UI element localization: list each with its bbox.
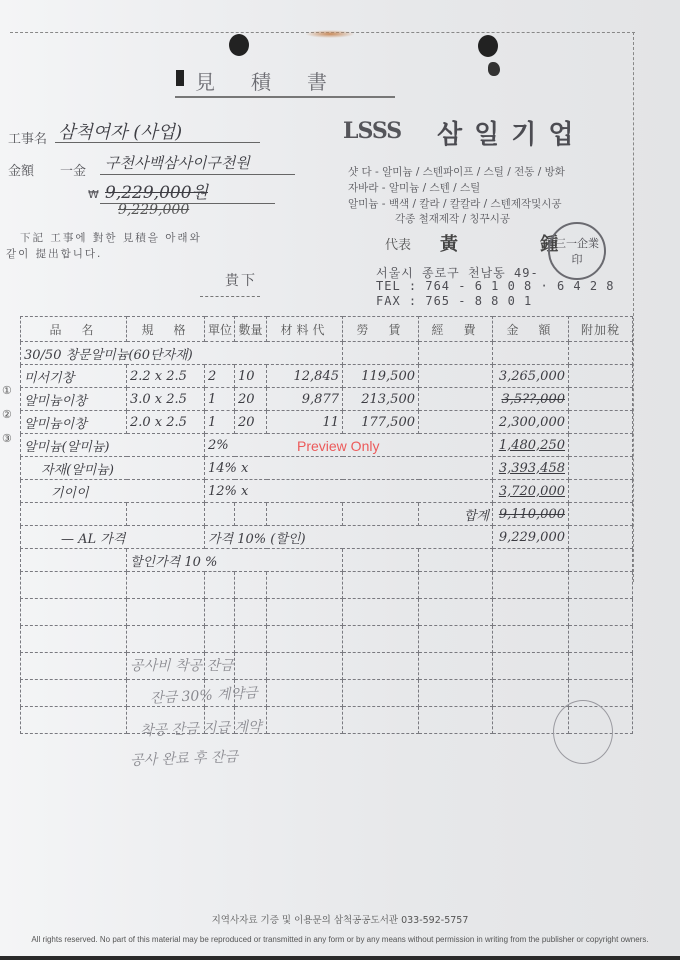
addressee-underline <box>200 296 260 297</box>
header-expenses: 經 費 <box>419 317 493 342</box>
row-3-material: 11 <box>267 411 343 434</box>
bottom-edge-bar <box>0 956 680 960</box>
row-3-amount: 2,300,000 <box>493 411 569 434</box>
discount-note: 할인가격 10 % <box>127 549 343 572</box>
table-row <box>21 680 633 707</box>
row-2-item: 알미늄이창 <box>21 388 127 411</box>
amount-struck: 9,229,000 <box>118 202 189 218</box>
row-2-labor: 213,500 <box>343 388 419 411</box>
row-1-item: 미서기창 <box>21 365 127 388</box>
table-row: 할인가격 10 % <box>21 549 633 572</box>
table-row: 미서기창 2.2 x 2.5 2 10 12,845 119,500 3,265… <box>21 365 633 388</box>
statement-line-1: 下記 工事에 對한 見積을 아래와 <box>20 230 202 245</box>
header-vat: 附加稅 <box>569 317 633 342</box>
row-2-spec: 3.0 x 2.5 <box>127 388 205 411</box>
row-number-3: ③ <box>2 432 12 445</box>
subtotal-amount: 9,110,000 <box>493 503 569 526</box>
row-4-amount: 1,480,250 <box>493 434 569 457</box>
row-1-material: 12,845 <box>267 365 343 388</box>
addressee: 貴下 <box>225 270 257 290</box>
punch-hole-left <box>229 34 249 56</box>
row-3-item: 알미늄이창 <box>21 411 127 434</box>
header-labor: 勞 賃 <box>343 317 419 342</box>
estimate-table: 品 名 規 格 單位 數量 材料代 勞 賃 經 費 金 額 附加稅 30/50 … <box>20 316 633 734</box>
row-number-1: ① <box>2 384 12 397</box>
table-row: 기이이 12% x 3,720,000 <box>21 480 633 503</box>
amount-prefix: 一金 <box>60 160 86 179</box>
amount-in-words: 구천사백삼사이구천원 <box>105 152 250 173</box>
row-1-amount: 3,265,000 <box>493 365 569 388</box>
title-underline <box>175 96 395 98</box>
project-label: 工事名 <box>8 128 47 147</box>
row-6-item: 기이이 <box>21 480 205 503</box>
header-unit: 單位 <box>205 317 235 342</box>
handwritten-note-4: 공사 완료 후 잔금 <box>130 746 239 770</box>
amount-words-underline <box>100 174 295 175</box>
service-line-2: 자바라 - 알미늄 / 스텐 / 스틸 <box>348 180 480 195</box>
table-row: 30/50 창문알미늄(60단자재) <box>21 342 633 365</box>
table-row <box>21 707 633 734</box>
service-line-3: 알미늄 - 백색 / 칼라 / 칼칼라 / 스텐제작및시공 <box>348 196 562 211</box>
company-tel: TEL : 764 - 6 1 0 8 · 6 4 2 8 <box>376 279 615 293</box>
row-1-vat <box>569 365 633 388</box>
company-name: 삼일기업 <box>437 114 585 151</box>
table-row <box>21 653 633 680</box>
header-material-cost: 材料代 <box>267 317 343 342</box>
company-seal-stamp: 三一企業印 <box>548 222 606 280</box>
row-2-qty: 20 <box>235 388 267 411</box>
currency-symbol: ₩ <box>88 188 99 201</box>
punch-hole-right <box>478 35 498 57</box>
handwritten-note-3: 착공 잔금 지급 계약 <box>140 716 262 740</box>
table-row: 알미늄이창 3.0 x 2.5 1 20 9,877 213,500 3,5??… <box>21 388 633 411</box>
row-1-expenses <box>419 365 493 388</box>
copyright-footer: All rights reserved. No part of this mat… <box>0 935 680 944</box>
handwritten-note-1: 공사비 착공 잔금 <box>130 655 234 675</box>
final-amount: 9,229,000 <box>493 526 569 549</box>
row-6-amount: 3,720,000 <box>493 480 569 503</box>
preview-watermark: Preview Only <box>297 438 379 454</box>
library-contact-footer: 지역사자료 기증 및 이용문의 삼척공공도서관 033-592-5757 <box>0 912 680 926</box>
row-8-note: 가격 10% (할인) <box>205 526 493 549</box>
row-8-item: — AL 가격 <box>21 526 205 549</box>
row-3-qty: 20 <box>235 411 267 434</box>
row-3-vat <box>569 411 633 434</box>
service-line-1: 샷 다 - 알미늄 / 스텐파이프 / 스틸 / 전동 / 방화 <box>348 164 565 179</box>
project-underline <box>55 142 260 143</box>
table-row <box>21 572 633 599</box>
row-2-material: 9,877 <box>267 388 343 411</box>
row-1-labor: 119,500 <box>343 365 419 388</box>
row-2-unit: 1 <box>205 388 235 411</box>
row-2-vat <box>569 388 633 411</box>
paper-tear <box>488 62 500 76</box>
row-2-amount: 3,5??,000 <box>493 388 569 411</box>
header-spec: 規 格 <box>127 317 205 342</box>
header-amount: 金 額 <box>493 317 569 342</box>
row-3-spec: 2.0 x 2.5 <box>127 411 205 434</box>
row-3-unit: 1 <box>205 411 235 434</box>
subtotal-label: 합계 <box>419 503 493 526</box>
document-title: 見積書 <box>195 66 363 95</box>
table-row <box>21 599 633 626</box>
table-row: 자재(알미늄) 14% x 3,393,458 <box>21 457 633 480</box>
company-logo: LSSS <box>343 118 401 144</box>
paper-tear-left <box>176 70 184 86</box>
faint-seal-stamp <box>553 700 613 764</box>
row-2-expenses <box>419 388 493 411</box>
row-6-rate: 12% x <box>205 480 493 503</box>
row-1-spec: 2.2 x 2.5 <box>127 365 205 388</box>
row-0-item: 30/50 창문알미늄(60단자재) <box>21 342 343 365</box>
row-5-amount: 3,393,458 <box>493 457 569 480</box>
scanned-document-page: 見積書 工事名 삼척여자 (사업) 金額 一金 구천사백삼사이구천원 ₩ 9,2… <box>0 0 680 960</box>
header-quantity: 數量 <box>235 317 267 342</box>
row-5-item: 자재(알미늄) <box>21 457 205 480</box>
amount-figure: 9,229,000원 <box>105 178 208 203</box>
project-value: 삼척여자 (사업) <box>58 118 182 144</box>
representative-label: 代表 <box>385 234 411 253</box>
amount-label: 金額 <box>8 160 34 179</box>
row-4-item: 알미늄(알미늄) <box>21 434 205 457</box>
table-row: 알미늄이창 2.0 x 2.5 1 20 11 177,500 2,300,00… <box>21 411 633 434</box>
rust-stain <box>305 30 355 38</box>
right-border-line <box>633 32 634 582</box>
row-1-qty: 10 <box>235 365 267 388</box>
row-number-2: ② <box>2 408 12 421</box>
table-row: 합계 9,110,000 <box>21 503 633 526</box>
row-3-expenses <box>419 411 493 434</box>
table-header-row: 品 名 規 格 單位 數量 材料代 勞 賃 經 費 金 額 附加稅 <box>21 317 633 342</box>
header-item-name: 品 名 <box>21 317 127 342</box>
row-5-rate: 14% x <box>205 457 493 480</box>
table-row <box>21 626 633 653</box>
row-1-unit: 2 <box>205 365 235 388</box>
row-3-labor: 177,500 <box>343 411 419 434</box>
table-row: — AL 가격 가격 10% (할인) 9,229,000 <box>21 526 633 549</box>
statement-line-2: 같이 提出합니다. <box>6 246 102 261</box>
company-fax: FAX : 765 - 8 8 0 1 <box>376 294 532 308</box>
service-line-4: 각종 철재제작 / 칭꾸시공 <box>395 211 510 226</box>
